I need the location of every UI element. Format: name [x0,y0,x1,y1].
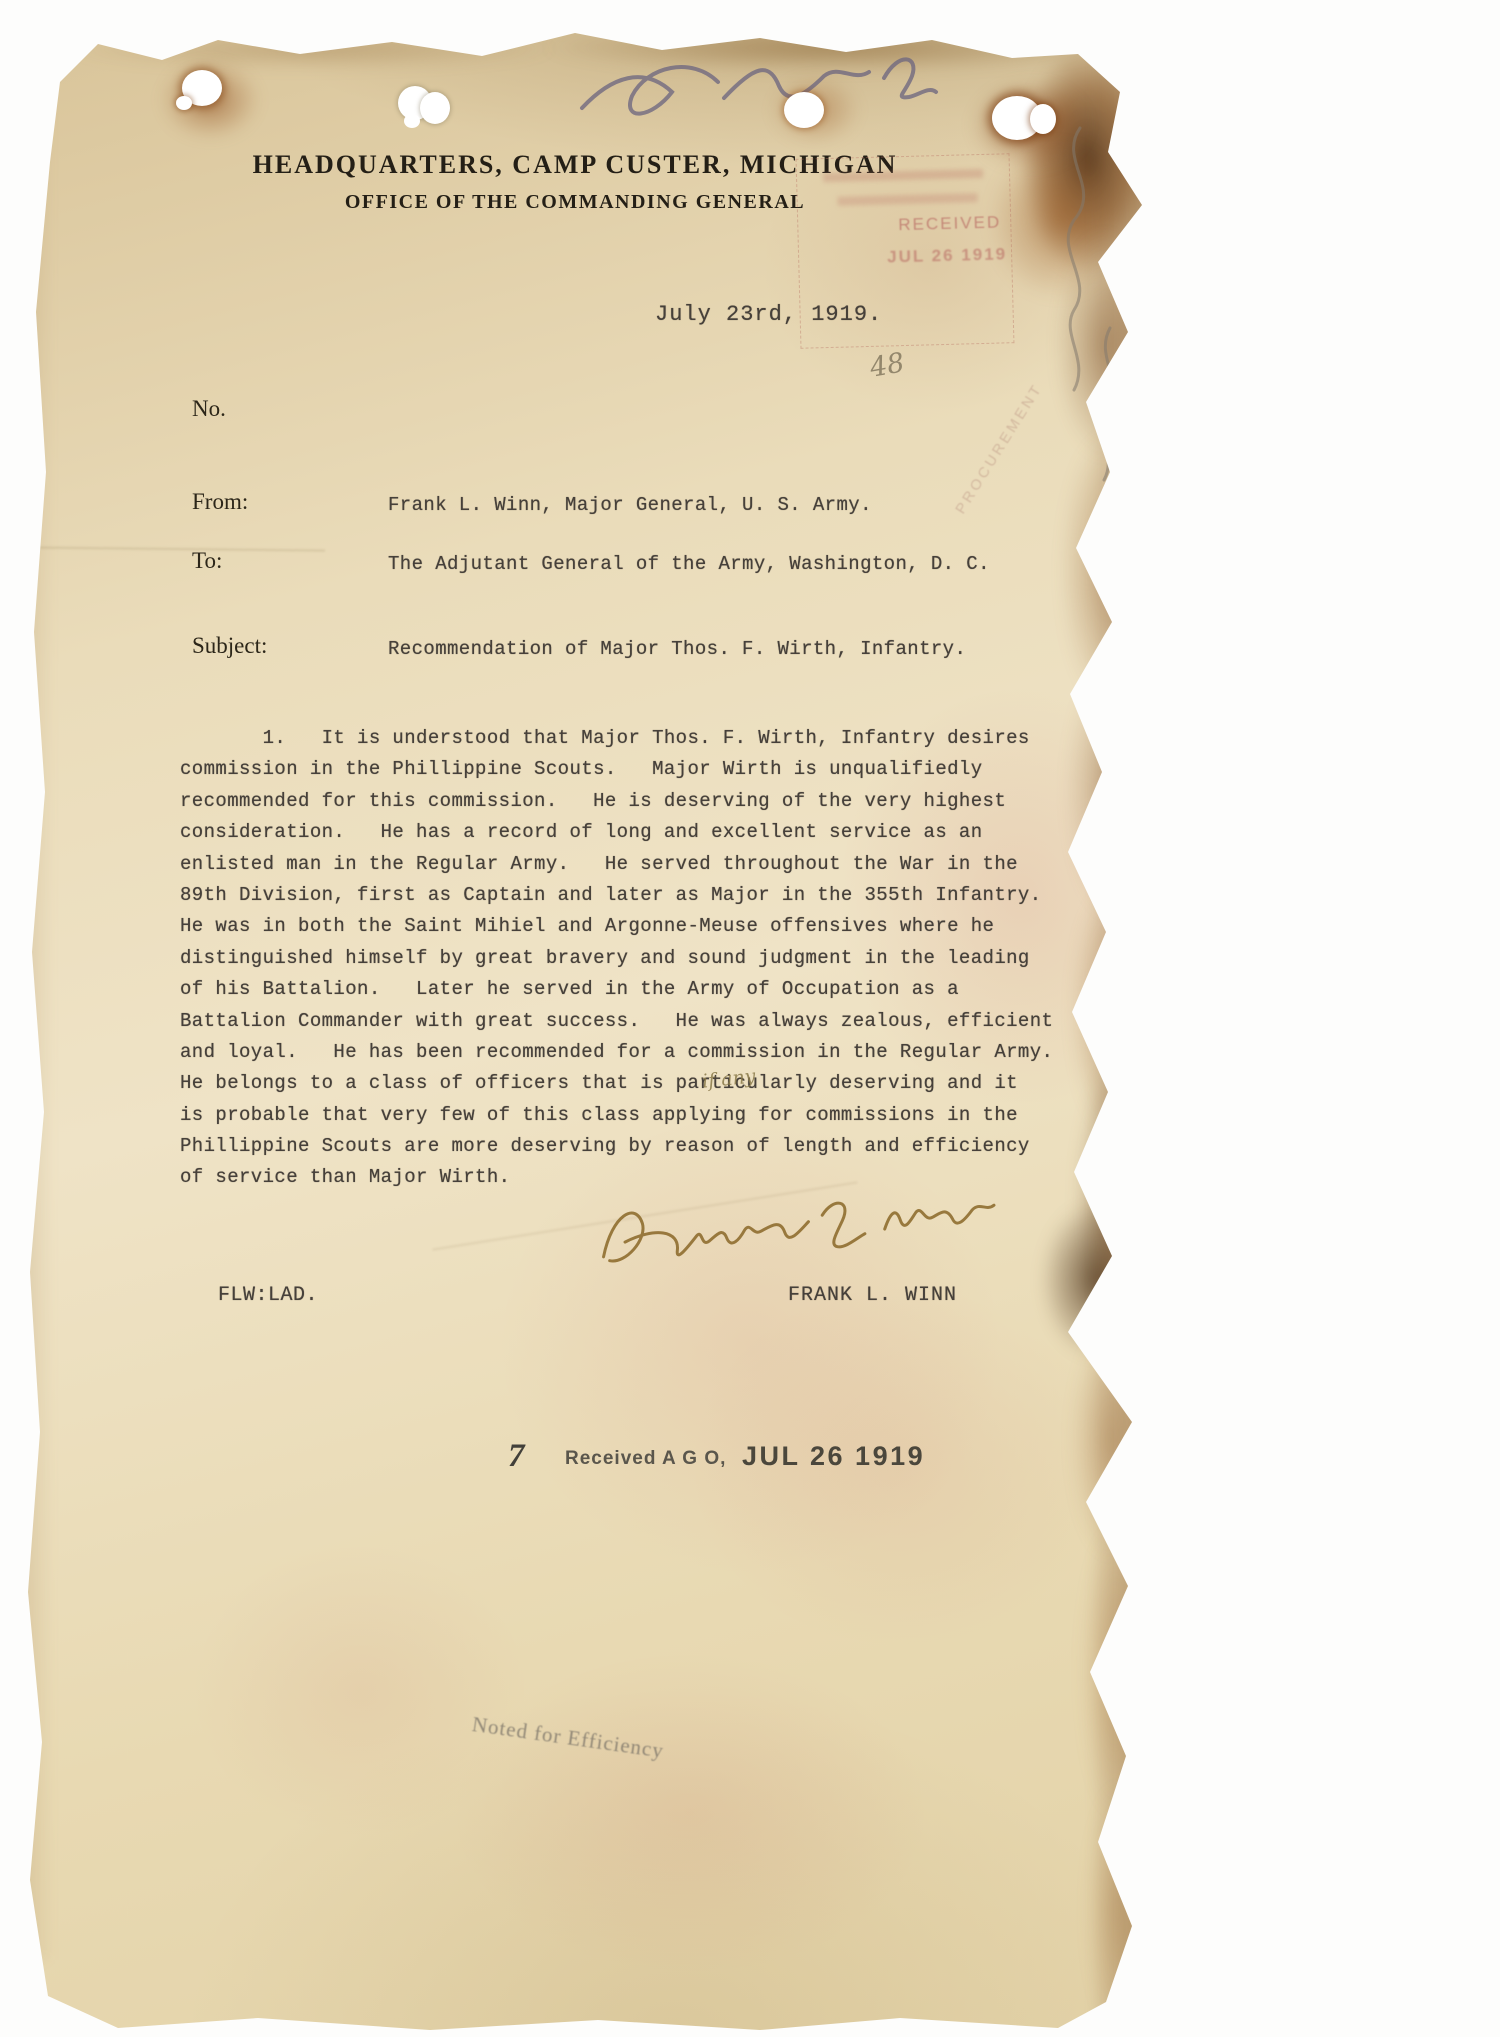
body-line: commission in the Phillippine Scouts. Ma… [180,754,1120,785]
punch-hole [404,114,420,128]
subject-label: Subject: [192,633,267,659]
typed-signature-name: FRANK L. WINN [788,1284,957,1307]
stamp-illegible-line [838,193,978,206]
noted-stamp: Noted for Efficiency [471,1712,666,1764]
pencil-margin-scrawl-icon [1018,118,1148,518]
stamp-received-text: RECEIVED [898,212,1001,235]
fold-crease [25,546,325,551]
body-line: consideration. He has a record of long a… [180,817,1120,848]
stamp-illegible-line [823,169,983,182]
typist-initials: FLW:LAD. [218,1284,318,1307]
body-line: 1. It is understood that Major Thos. F. … [180,723,1120,754]
body-line: of his Battalion. Later he served in the… [180,974,1120,1005]
paper-sheet: HEADQUARTERS, CAMP CUSTER, MICHIGAN OFFI… [0,0,1500,2037]
punch-hole [784,92,824,128]
body-line: He belongs to a class of officers that i… [180,1068,1120,1099]
punch-hole [420,92,450,124]
top-right-stamp-box: RECEIVED JUL 26 1919 [796,153,1015,349]
from-label: From: [192,489,248,515]
pencil-scribble-icon [552,36,952,141]
body-paragraph: 1. It is understood that Major Thos. F. … [180,723,1120,1194]
pencil-number: 48 [868,347,907,383]
subject-value: Recommendation of Major Thos. F. Wirth, … [388,638,966,660]
from-value: Frank L. Winn, Major General, U. S. Army… [388,494,872,516]
punch-hole [176,96,192,110]
body-line: 89th Division, first as Captain and late… [180,880,1120,911]
scanned-document-canvas: HEADQUARTERS, CAMP CUSTER, MICHIGAN OFFI… [0,0,1500,2037]
body-line: enlisted man in the Regular Army. He ser… [180,849,1120,880]
body-line: and loyal. He has been recommended for a… [180,1037,1120,1068]
body-line: He was in both the Saint Mihiel and Argo… [180,911,1120,942]
body-line: Battalion Commander with great success. … [180,1006,1120,1037]
burn-mark [60,28,560,70]
punch-hole [1030,104,1056,134]
received-stamp-numeral: 7 [508,1438,525,1475]
received-stamp-label: Received A G O, [565,1448,726,1470]
no-label: No. [192,396,226,422]
body-line: distinguished himself by great bravery a… [180,943,1120,974]
handwritten-signature-icon [583,1181,1016,1296]
body-line: recommended for this commission. He is d… [180,786,1120,817]
handwritten-signature-label: Frank L. Winn [640,1200,646,1201]
to-value: The Adjutant General of the Army, Washin… [388,553,990,575]
stamp-received-date: JUL 26 1919 [887,244,1007,267]
received-stamp-date: JUL 26 1919 [742,1441,925,1472]
edge-darkening [12,60,52,1960]
to-label: To: [192,548,222,574]
body-line: is probable that very few of this class … [180,1100,1120,1131]
body-line: Phillippine Scouts are more deserving by… [180,1131,1120,1162]
